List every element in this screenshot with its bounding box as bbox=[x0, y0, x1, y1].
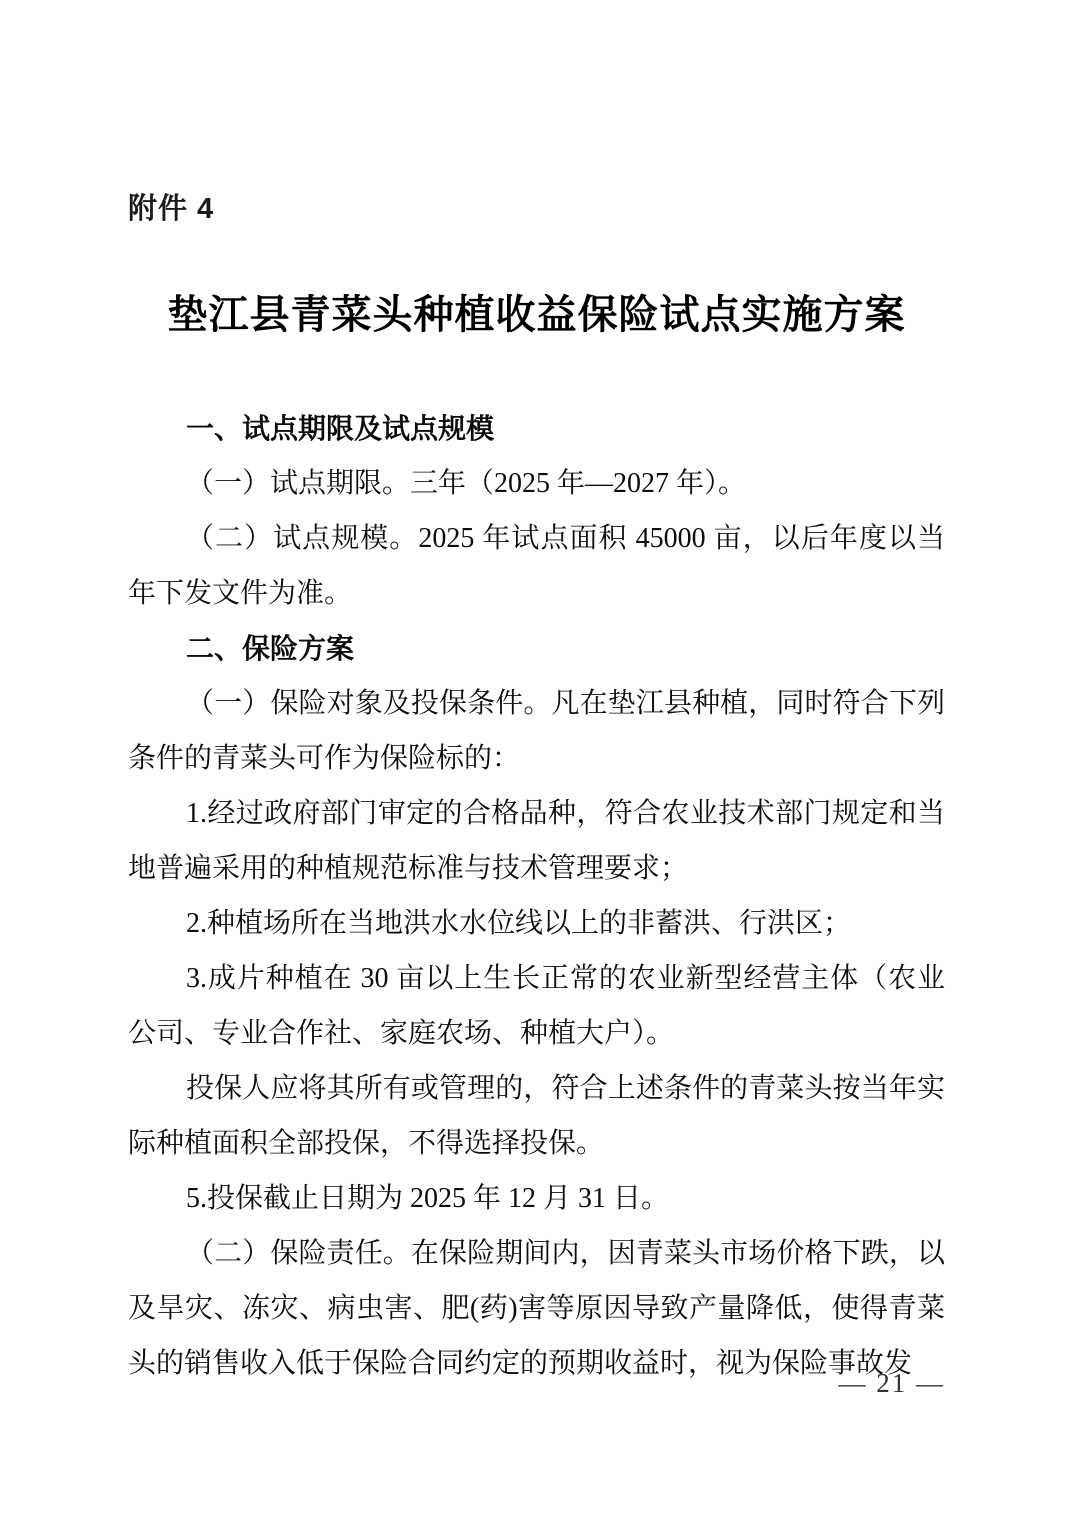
document-title: 垫江县青菜头种植收益保险试点实施方案 bbox=[128, 287, 945, 342]
paragraph: （一）试点期限。三年（2025 年—2027 年）。 bbox=[128, 456, 945, 511]
section-heading-insurance-plan: 二、保险方案 bbox=[128, 621, 945, 676]
section-pilot-scope: 一、试点期限及试点规模 （一）试点期限。三年（2025 年—2027 年）。 （… bbox=[128, 401, 945, 621]
paragraph: 2.种植场所在当地洪水水位线以上的非蓄洪、行洪区； bbox=[128, 896, 945, 951]
paragraph: （二）保险责任。在保险期间内，因青菜头市场价格下跌，以及旱灾、冻灾、病虫害、肥(… bbox=[128, 1226, 945, 1391]
document-page: 附件 4 垫江县青菜头种植收益保险试点实施方案 一、试点期限及试点规模 （一）试… bbox=[0, 0, 1074, 1520]
attachment-label: 附件 4 bbox=[128, 192, 945, 226]
section-heading-pilot-scope: 一、试点期限及试点规模 bbox=[128, 401, 945, 456]
paragraph: 投保人应将其所有或管理的，符合上述条件的青菜头按当年实际种植面积全部投保，不得选… bbox=[128, 1061, 945, 1171]
paragraph: 3.成片种植在 30 亩以上生长正常的农业新型经营主体（农业公司、专业合作社、家… bbox=[128, 951, 945, 1061]
section-insurance-plan: 二、保险方案 （一）保险对象及投保条件。凡在垫江县种植，同时符合下列条件的青菜头… bbox=[128, 621, 945, 1391]
paragraph: （二）试点规模。2025 年试点面积 45000 亩，以后年度以当年下发文件为准… bbox=[128, 511, 945, 621]
paragraph: 5.投保截止日期为 2025 年 12 月 31 日。 bbox=[128, 1171, 945, 1226]
paragraph: 1.经过政府部门审定的合格品种，符合农业技术部门规定和当地普遍采用的种植规范标准… bbox=[128, 786, 945, 896]
page-number: — 21 — bbox=[839, 1366, 946, 1400]
paragraph: （一）保险对象及投保条件。凡在垫江县种植，同时符合下列条件的青菜头可作为保险标的… bbox=[128, 676, 945, 786]
